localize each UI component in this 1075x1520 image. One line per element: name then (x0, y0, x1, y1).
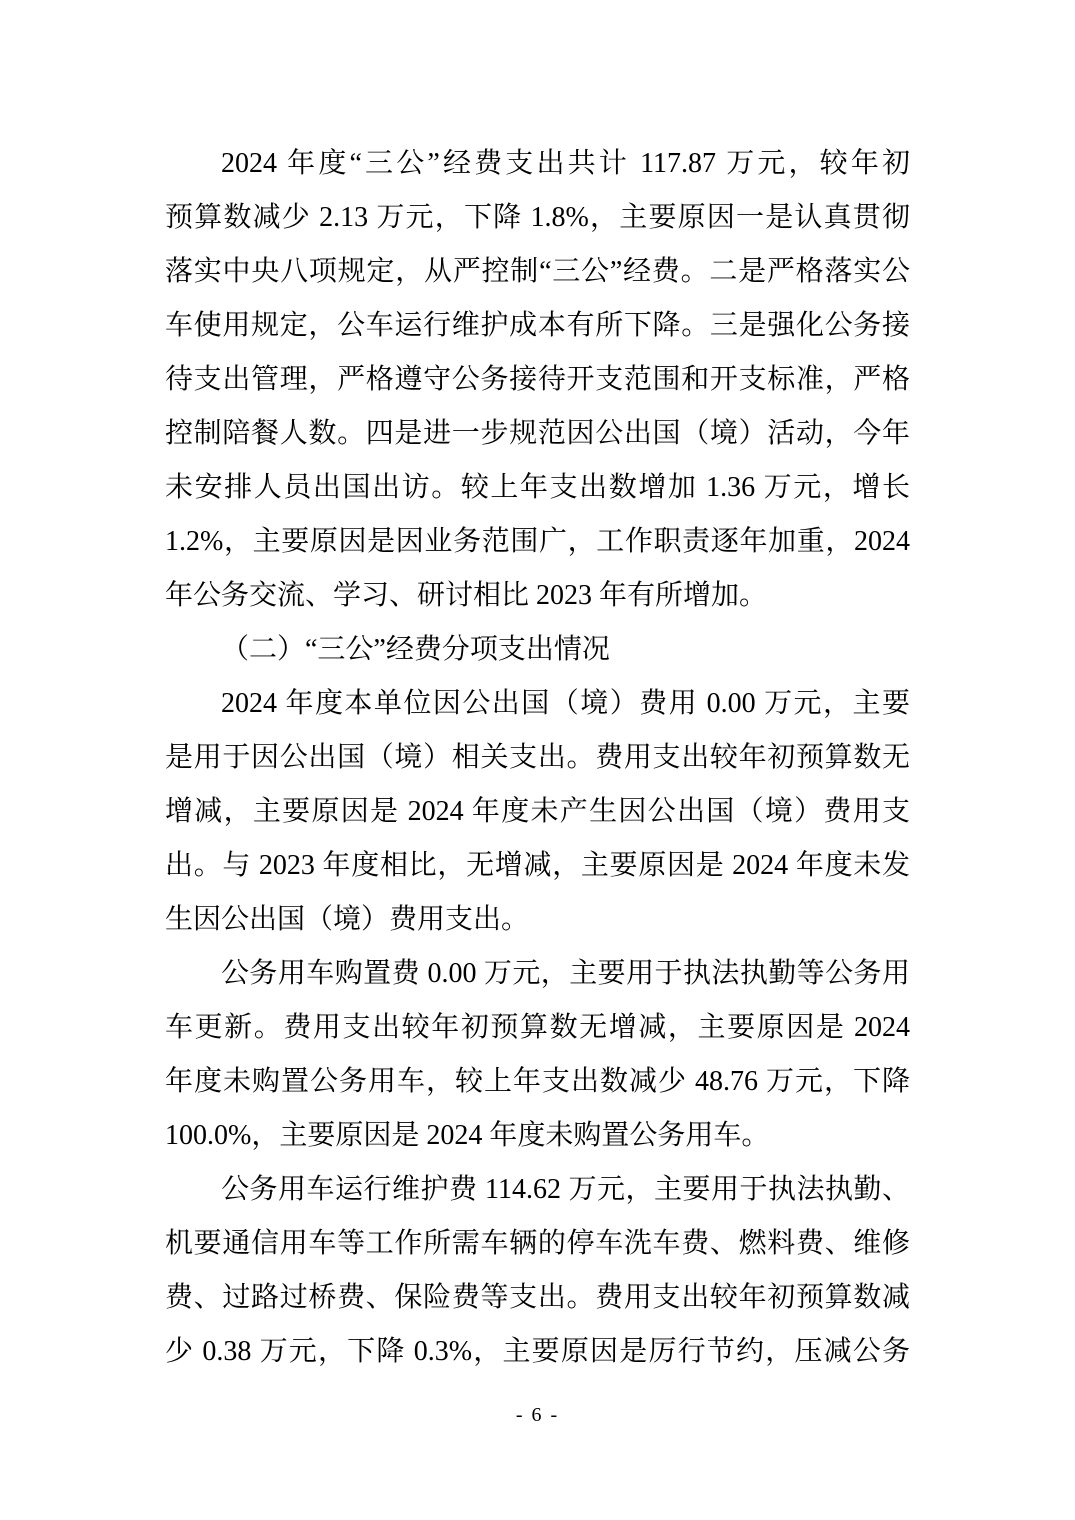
text-line: 是用于因公出国（境）相关支出。费用支出较年初预算数无 (165, 731, 910, 785)
para-vehicle-purchase-expense: 公务用车购置费 0.00 万元，主要用于执法执勤等公务用车更新。费用支出较年初预… (165, 947, 910, 1163)
text-line: 2024 年度本单位因公出国（境）费用 0.00 万元，主要 (165, 677, 910, 731)
text-line: 公务用车运行维护费 114.62 万元，主要用于执法执勤、 (165, 1163, 910, 1217)
text-line: 公务用车购置费 0.00 万元，主要用于执法执勤等公务用 (165, 947, 910, 1001)
text-line: 1.2%，主要原因是因业务范围广，工作职责逐年加重，2024 (165, 515, 910, 569)
para-sangong-total-expense: 2024 年度“三公”经费支出共计 117.87 万元，较年初预算数减少 2.1… (165, 137, 910, 623)
text-line: 出。与 2023 年度相比，无增减，主要原因是 2024 年度未发 (165, 839, 910, 893)
text-line: 车更新。费用支出较年初预算数无增减，主要原因是 2024 (165, 1001, 910, 1055)
text-line: 年度未购置公务用车，较上年支出数减少 48.76 万元，下降 (165, 1055, 910, 1109)
text-line: 2024 年度“三公”经费支出共计 117.87 万元，较年初 (165, 137, 910, 191)
text-line: 控制陪餐人数。四是进一步规范因公出国（境）活动，今年 (165, 407, 910, 461)
text-line: 落实中央八项规定，从严控制“三公”经费。二是严格落实公 (165, 245, 910, 299)
text-line: 生因公出国（境）费用支出。 (165, 893, 910, 947)
text-line: 待支出管理，严格遵守公务接待开支范围和开支标准，严格 (165, 353, 910, 407)
para-abroad-expense: 2024 年度本单位因公出国（境）费用 0.00 万元，主要是用于因公出国（境）… (165, 677, 910, 947)
text-line: 费、过路过桥费、保险费等支出。费用支出较年初预算数减 (165, 1271, 910, 1325)
text-line: 预算数减少 2.13 万元，下降 1.8%，主要原因一是认真贯彻 (165, 191, 910, 245)
document-page: 2024 年度“三公”经费支出共计 117.87 万元，较年初预算数减少 2.1… (0, 0, 1075, 1520)
heading-section-two: （二）“三公”经费分项支出情况 (165, 623, 910, 677)
text-line: 机要通信用车等工作所需车辆的停车洗车费、燃料费、维修 (165, 1217, 910, 1271)
text-line: 少 0.38 万元，下降 0.3%，主要原因是厉行节约，压减公务 (165, 1325, 910, 1379)
text-line: （二）“三公”经费分项支出情况 (165, 623, 910, 677)
page-number: - 6 - (0, 1400, 1075, 1430)
text-line: 年公务交流、学习、研讨相比 2023 年有所增加。 (165, 569, 910, 623)
text-line: 增减，主要原因是 2024 年度未产生因公出国（境）费用支 (165, 785, 910, 839)
para-vehicle-maintenance-expense: 公务用车运行维护费 114.62 万元，主要用于执法执勤、机要通信用车等工作所需… (165, 1163, 910, 1379)
text-line: 100.0%，主要原因是 2024 年度未购置公务用车。 (165, 1109, 910, 1163)
text-line: 车使用规定，公车运行维护成本有所下降。三是强化公务接 (165, 299, 910, 353)
document-body: 2024 年度“三公”经费支出共计 117.87 万元，较年初预算数减少 2.1… (165, 137, 910, 1379)
text-line: 未安排人员出国出访。较上年支出数增加 1.36 万元，增长 (165, 461, 910, 515)
